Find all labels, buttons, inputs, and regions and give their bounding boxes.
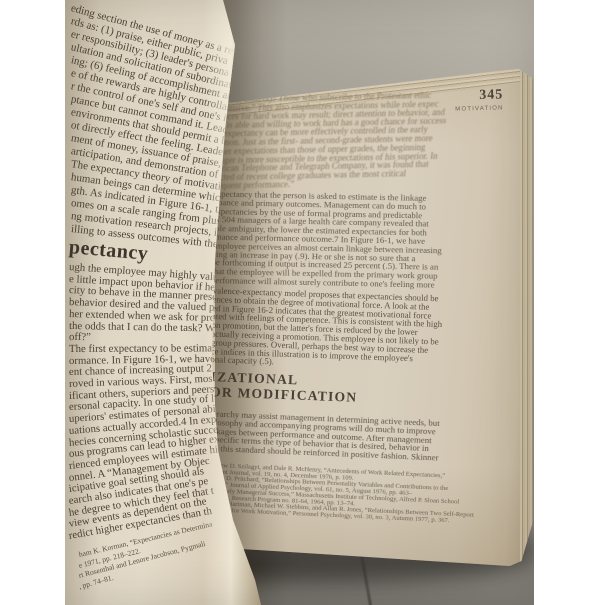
product-photo-canvas: 345 MOTIVATION (internal control)? Those…: [0, 0, 605, 605]
photo-vignette: [65, 0, 534, 605]
book-photo: 345 MOTIVATION (internal control)? Those…: [65, 0, 534, 605]
